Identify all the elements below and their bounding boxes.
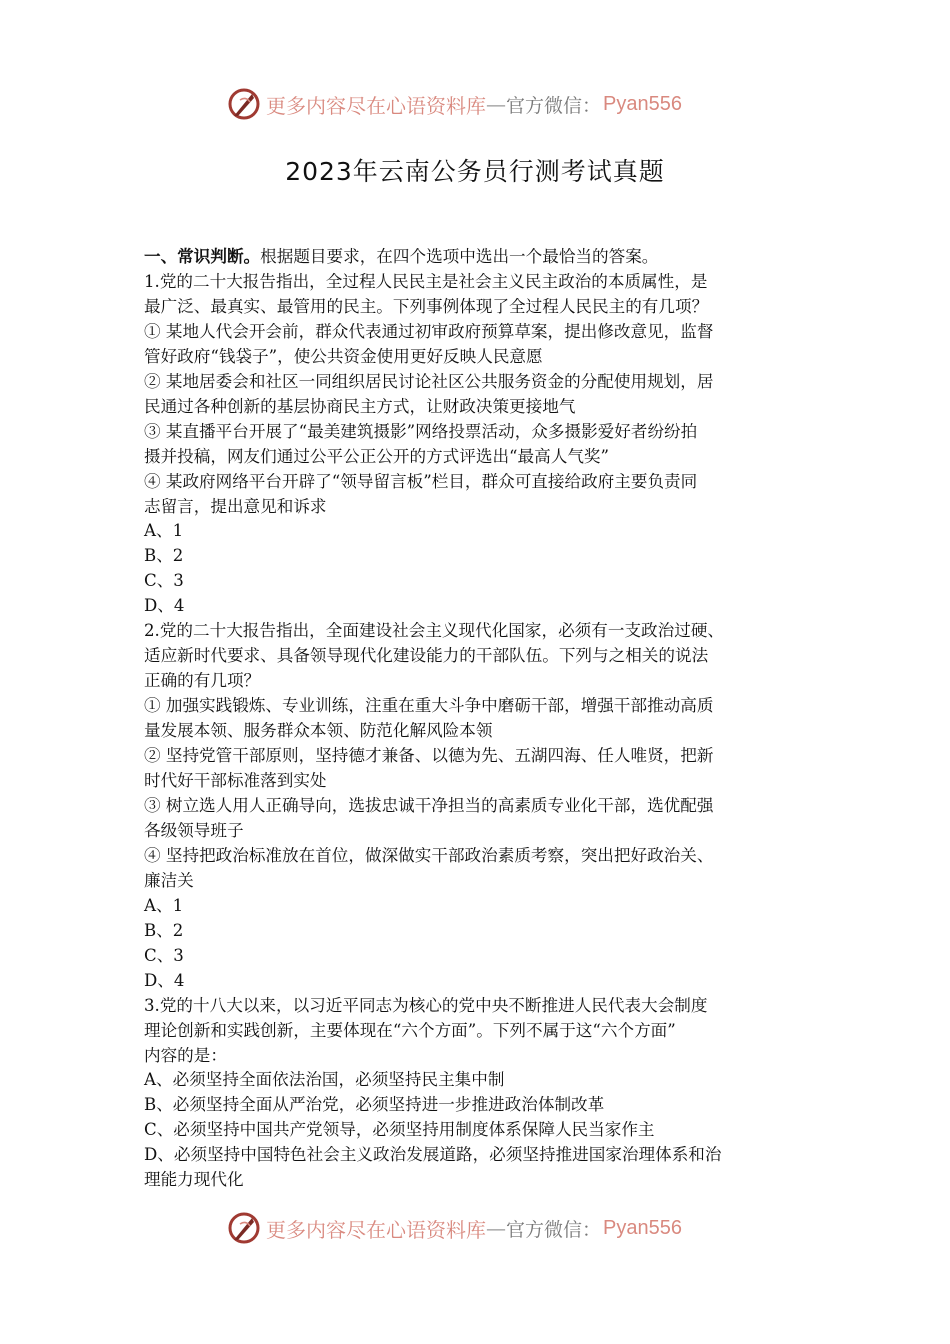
text-line: ② 某地居委会和社区一同组织居民讨论社区公共服务资金的分配使用规划，居	[144, 370, 814, 395]
banner-wechat-label: 官方微信：	[506, 91, 601, 118]
text-line: 民通过各种创新的基层协商民主方式，让财政决策更接地气	[144, 395, 814, 420]
text-line: 理论创新和实践创新，主要体现在“六个方面”。下列不属于这“六个方面”	[144, 1019, 814, 1044]
option-line: D、4	[144, 969, 814, 994]
text-line: 时代好干部标准落到实处	[144, 769, 814, 794]
option-line: 理能力现代化	[144, 1168, 814, 1193]
quill-logo-icon	[226, 86, 262, 122]
text-line: ③ 树立选人用人正确导向，选拔忠诚干净担当的高素质专业化干部，选优配强	[144, 794, 814, 819]
text-line: 各级领导班子	[144, 819, 814, 844]
text-line: ④ 某政府网络平台开辟了“领导留言板”栏目，群众可直接给政府主要负责同	[144, 470, 814, 495]
option-line: A、必须坚持全面依法治国，必须坚持民主集中制	[144, 1068, 814, 1093]
option-line: C、3	[144, 569, 814, 594]
text-line: 3.党的十八大以来，以习近平同志为核心的党中央不断推进人民代表大会制度	[144, 994, 814, 1019]
option-line: D、必须坚持中国特色社会主义政治发展道路，必须坚持推进国家治理体系和治	[144, 1143, 814, 1168]
text-line: 管好政府“钱袋子”，使公共资金使用更好反映人民意愿	[144, 345, 814, 370]
text-line: 量发展本领、服务群众本领、防范化解风险本领	[144, 719, 814, 744]
footer-banner: 更多内容尽在心语资料库 — 官方微信： Pyan556	[226, 1206, 726, 1250]
text-line: ① 加强实践锻炼、专业训练，注重在重大斗争中磨砺干部，增强干部推动高质	[144, 694, 814, 719]
text-line: ④ 坚持把政治标准放在首位，做深做实干部政治素质考察，突出把好政治关、	[144, 844, 814, 869]
banner-main-text: 更多内容尽在心语资料库	[266, 90, 486, 119]
text-line: 志留言，提出意见和诉求	[144, 495, 814, 520]
section-instruction: 根据题目要求，在四个选项中选出一个最恰当的答案。	[260, 247, 658, 266]
banner-separator: —	[486, 1216, 506, 1240]
banner-wechat-id: Pyan556	[603, 93, 682, 116]
option-line: C、必须坚持中国共产党领导，必须坚持用制度体系保障人民当家作主	[144, 1118, 814, 1143]
text-line: 廉洁关	[144, 869, 814, 894]
banner-wechat-label: 官方微信：	[506, 1215, 601, 1242]
banner-separator: —	[486, 92, 506, 116]
document-body: 一、常识判断。根据题目要求，在四个选项中选出一个最恰当的答案。 1.党的二十大报…	[144, 244, 814, 1193]
text-line: 正确的有几项？	[144, 669, 814, 694]
banner-main-text: 更多内容尽在心语资料库	[266, 1214, 486, 1243]
text-line: ① 某地人代会开会前，群众代表通过初审政府预算草案，提出修改意见，监督	[144, 320, 814, 345]
text-line: 内容的是：	[144, 1044, 814, 1069]
text-line: 适应新时代要求、具备领导现代化建设能力的干部队伍。下列与之相关的说法	[144, 644, 814, 669]
option-line: B、2	[144, 544, 814, 569]
text-line: 摄并投稿，网友们通过公平公正公开的方式评选出“最高人气奖”	[144, 445, 814, 470]
banner-wechat-id: Pyan556	[603, 1217, 682, 1240]
text-line: 1.党的二十大报告指出，全过程人民民主是社会主义民主政治的本质属性，是	[144, 270, 814, 295]
option-line: B、必须坚持全面从严治党，必须坚持进一步推进政治体制改革	[144, 1093, 814, 1118]
quill-logo-icon	[226, 1210, 262, 1246]
text-line: ③ 某直播平台开展了“最美建筑摄影”网络投票活动，众多摄影爱好者纷纷拍	[144, 420, 814, 445]
page-title: 2023年云南公务员行测考试真题	[0, 152, 950, 188]
header-banner: 更多内容尽在心语资料库 — 官方微信： Pyan556	[226, 82, 726, 126]
section-heading: 一、常识判断。	[144, 246, 260, 266]
option-line: A、1	[144, 894, 814, 919]
option-line: C、3	[144, 944, 814, 969]
option-line: A、1	[144, 519, 814, 544]
option-line: B、2	[144, 919, 814, 944]
option-line: D、4	[144, 594, 814, 619]
section-heading-line: 一、常识判断。根据题目要求，在四个选项中选出一个最恰当的答案。	[144, 244, 814, 270]
text-line: ② 坚持党管干部原则，坚持德才兼备、以德为先、五湖四海、任人唯贤，把新	[144, 744, 814, 769]
text-line: 2.党的二十大报告指出，全面建设社会主义现代化国家，必须有一支政治过硬、	[144, 619, 814, 644]
text-line: 最广泛、最真实、最管用的民主。下列事例体现了全过程人民民主的有几项？	[144, 295, 814, 320]
